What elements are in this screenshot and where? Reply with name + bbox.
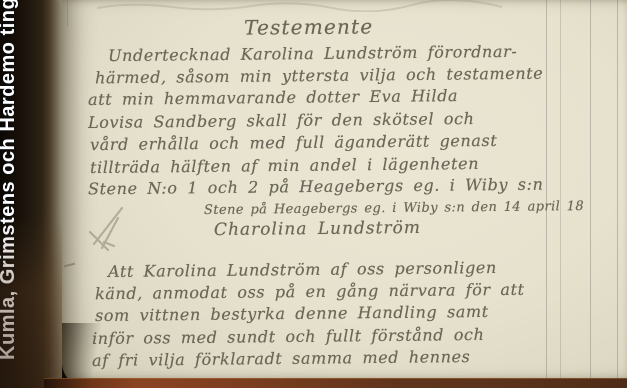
archive-scan-view: Kumla, Grimstens och Hardemo ting Testem… [0,0,627,388]
handwritten-line: inför oss med sundt och fullt förstånd o… [92,325,485,348]
signature-line: Charolina Lundström [214,218,421,240]
document-title: Testemente [244,14,374,39]
handwritten-line: af fri vilja förklaradt samma med hennes [92,347,471,370]
handwritten-line: vård erhålla och med full äganderätt gen… [90,131,498,154]
document-page: Testemente Undertecknad Karolina Lundstr… [62,0,627,381]
margin-dash-mark [64,263,75,268]
ruled-line [546,0,547,381]
ruled-line [617,0,618,381]
margin-pencil-mark-icon [84,202,132,254]
ghost-text-strokes [92,0,512,12]
ruled-line [67,0,68,26]
handwritten-line: tillträda hälften af min andel i lägenhe… [90,154,479,177]
handwritten-line: känd, anmodat oss på en gång närvara för… [95,280,525,303]
handwritten-line: Stene N:o 1 och 2 på Heagebergs eg. i Wi… [88,175,544,199]
book-spine: Kumla, Grimstens och Hardemo ting [0,0,62,388]
book-cover-edge [44,378,627,388]
handwritten-line: härmed, såsom min yttersta vilja och tes… [95,64,544,88]
spine-label: Kumla, Grimstens och Hardemo ting [0,0,20,360]
handwritten-line: Undertecknad Karolina Lundström förordna… [108,42,517,65]
ruled-line [560,0,561,381]
handwritten-line: Lovisa Sandberg skall för den skötsel oc… [88,109,475,132]
handwritten-line: som vittnen bestyrka denne Handling samt [95,302,489,325]
place-date-line: Stene på Heagebergs eg. i Wiby s:n den 1… [204,199,584,218]
ruled-line [590,0,591,381]
handwritten-line: Att Karolina Lundström af oss personlige… [108,258,497,281]
handwritten-line: att min hemmavarande dotter Eva Hilda [88,86,458,109]
